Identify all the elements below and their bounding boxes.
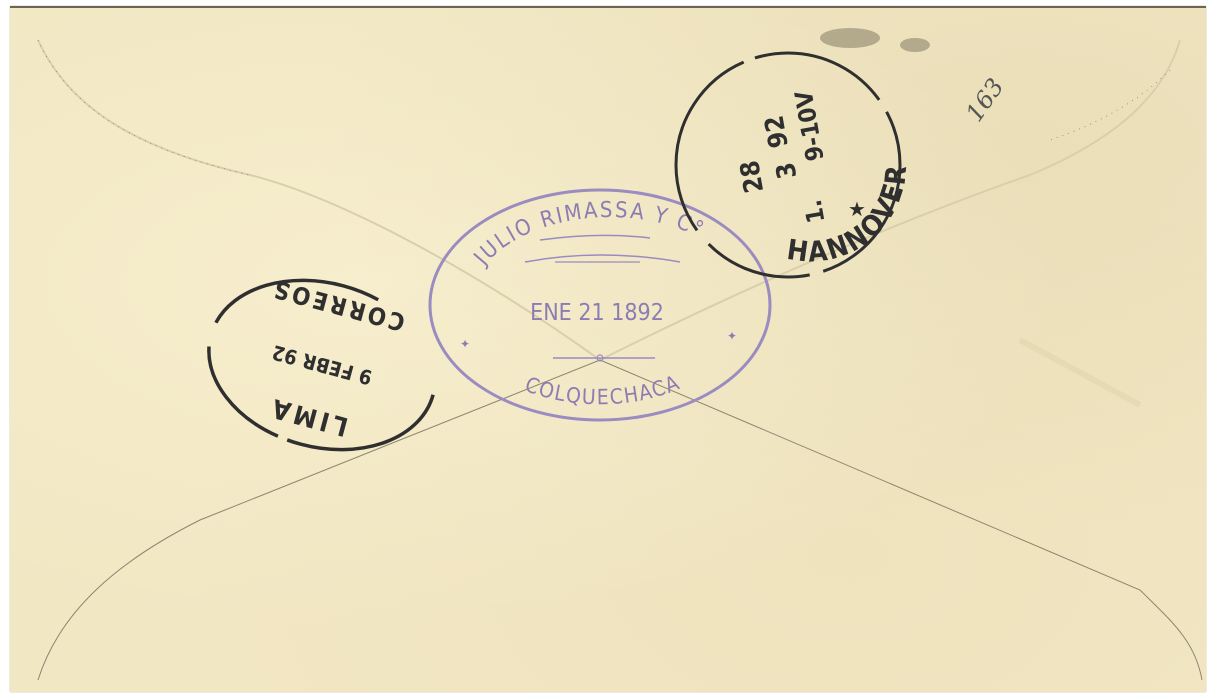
pencil-note: 163 [960,73,1009,127]
svg-text:COLQUECHACA: COLQUECHACA [522,370,684,409]
hannover-time: 9-10V [790,88,830,163]
envelope-artwork: JULIO RIMASSA Y C° ENE 21 1892 ✦ ✦ COLQU… [0,0,1217,700]
cachet-date: ENE 21 1892 [530,300,664,326]
lima-date: 9 FEBR 92 [270,340,375,390]
cachet-star-left-icon: ✦ [460,337,470,351]
lima-town: LIMA [265,391,351,441]
flap-lines [38,40,1202,680]
hannover-postmark: HANNOVER 28 3 92 9-10V 1. ★ [676,53,919,297]
cachet-bottom-text: COLQUECHACA [522,370,684,409]
company-cachet: JULIO RIMASSA Y C° ENE 21 1892 ✦ ✦ COLQU… [430,190,770,420]
hannover-suffix: 1. [799,197,831,225]
pencil-number: 163 [960,73,1009,127]
hannover-year: 92 [760,113,795,150]
cachet-star-right-icon: ✦ [727,329,737,343]
hannover-month: 3 [771,160,803,181]
lima-postmark: LIMA 9 FEBR 92 CORREOS [190,256,455,474]
hannover-day: 28 [735,158,770,195]
paper-stain [820,28,930,52]
hannover-star-icon: ★ [848,197,866,221]
